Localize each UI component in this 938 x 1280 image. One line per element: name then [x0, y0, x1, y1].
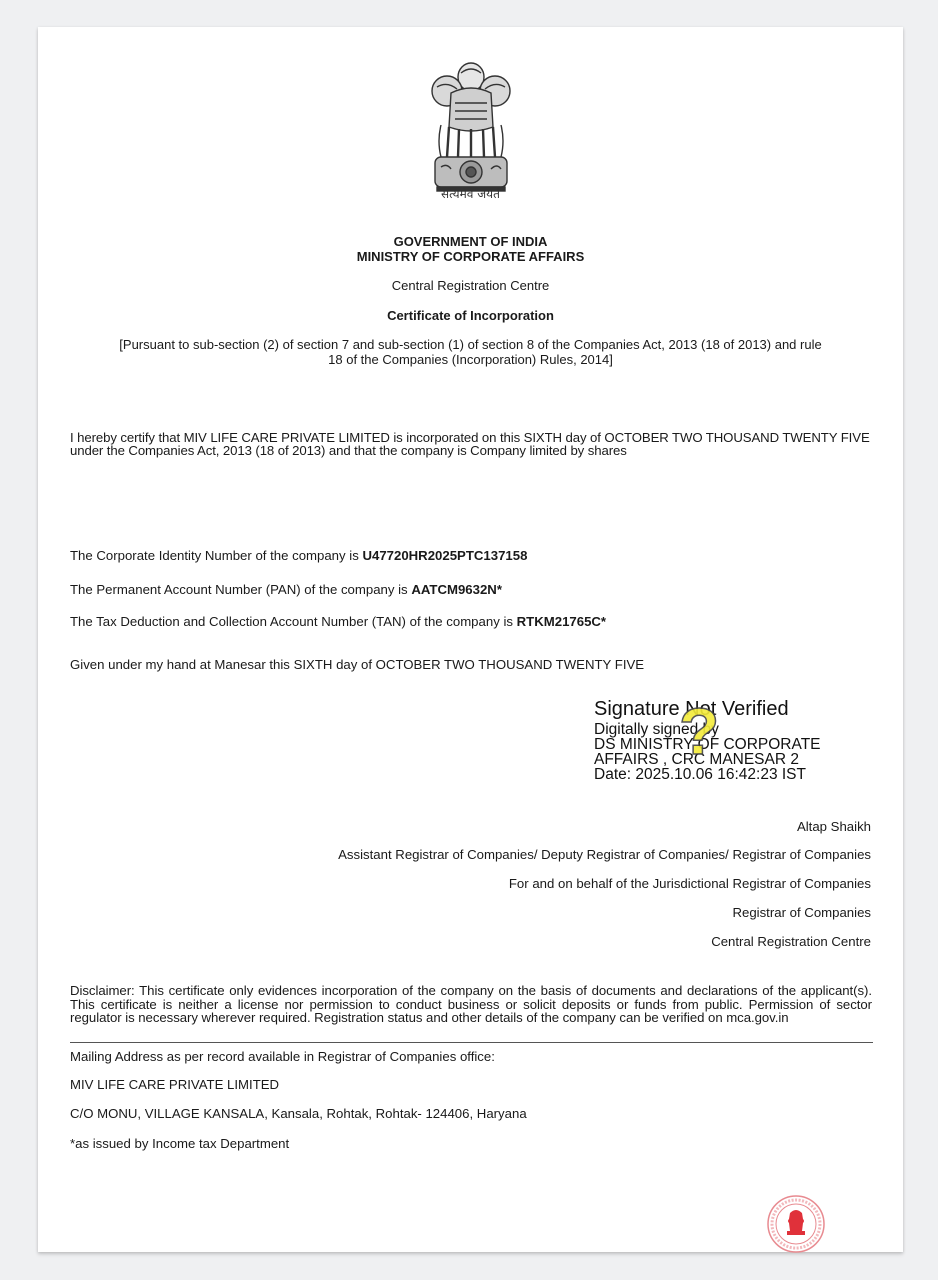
signature-line-1: Digitally signed by — [594, 722, 854, 737]
cin-row: The Corporate Identity Number of the com… — [70, 548, 527, 563]
divider — [70, 1042, 873, 1043]
footnote: *as issued by Income tax Department — [70, 1136, 289, 1151]
tan-label: The Tax Deduction and Collection Account… — [70, 614, 517, 629]
signatory-office: Registrar of Companies — [732, 905, 871, 920]
certificate-page: सत्यमेव जयते GOVERNMENT OF INDIA MINISTR… — [38, 27, 903, 1252]
government-heading: GOVERNMENT OF INDIA — [38, 234, 903, 249]
ministry-heading: MINISTRY OF CORPORATE AFFAIRS — [38, 249, 903, 264]
mailing-company: MIV LIFE CARE PRIVATE LIMITED — [70, 1077, 279, 1092]
pan-label: The Permanent Account Number (PAN) of th… — [70, 582, 411, 597]
national-emblem-icon — [427, 55, 515, 205]
certificate-title: Certificate of Incorporation — [38, 308, 903, 323]
digital-signature-block[interactable]: Signature Not Verified Digitally signed … — [594, 698, 854, 782]
signature-line-3: AFFAIRS , CRC MANESAR 2 — [594, 752, 854, 767]
signatory-name: Altap Shaikh — [797, 819, 871, 834]
signature-line-2: DS MINISTRY OF CORPORATE — [594, 737, 854, 752]
ministry-seal-icon — [765, 1193, 827, 1255]
cin-value: U47720HR2025PTC137158 — [362, 548, 527, 563]
signatory-behalf: For and on behalf of the Jurisdictional … — [509, 876, 871, 891]
disclaimer-text: Disclaimer: This certificate only eviden… — [70, 984, 872, 1025]
certification-paragraph: I hereby certify that MIV LIFE CARE PRIV… — [70, 431, 870, 457]
pursuant-line-2: 18 of the Companies (Incorporation) Rule… — [38, 352, 903, 367]
centre-heading: Central Registration Centre — [38, 278, 903, 293]
given-under-line: Given under my hand at Manesar this SIXT… — [70, 657, 644, 672]
pan-row: The Permanent Account Number (PAN) of th… — [70, 582, 502, 597]
national-motto: सत्यमेव जयते — [38, 185, 903, 202]
pan-value: AATCM9632N* — [411, 582, 502, 597]
signature-date: Date: 2025.10.06 16:42:23 IST — [594, 767, 854, 782]
mailing-heading: Mailing Address as per record available … — [70, 1049, 495, 1064]
tan-row: The Tax Deduction and Collection Account… — [70, 614, 606, 629]
signatory-centre: Central Registration Centre — [711, 934, 871, 949]
cin-label: The Corporate Identity Number of the com… — [70, 548, 362, 563]
pursuant-line-1: [Pursuant to sub-section (2) of section … — [38, 337, 903, 352]
tan-value: RTKM21765C* — [517, 614, 606, 629]
question-mark-icon: ? — [679, 698, 719, 764]
signature-status: Signature Not Verified — [594, 698, 854, 720]
mailing-address: C/O MONU, VILLAGE KANSALA, Kansala, Roht… — [70, 1106, 527, 1121]
signatory-designation: Assistant Registrar of Companies/ Deputy… — [338, 847, 871, 862]
